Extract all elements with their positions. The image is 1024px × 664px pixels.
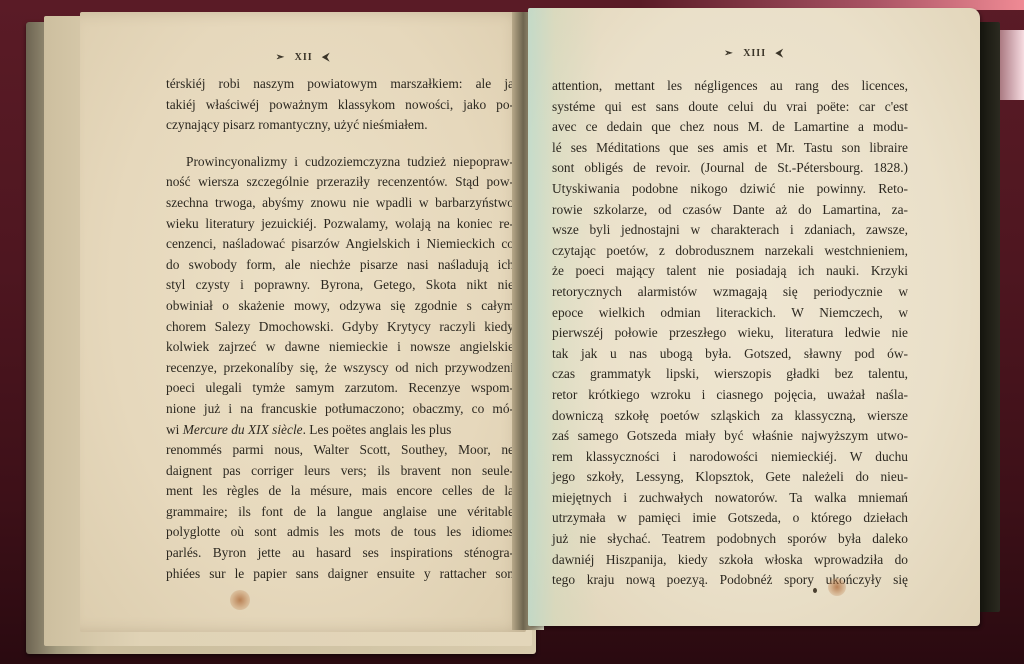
page-header-left: ➣ XII ⮜ <box>80 52 526 63</box>
text-line: systéme qui est sans doute celui du vrai… <box>552 97 908 118</box>
text-line: avec ce dedain que chez nous M. de Lamar… <box>552 117 908 138</box>
ornament-left-icon: ➣ <box>724 48 733 59</box>
text-line: tak jak u nas ubogą była. Gotszed, sławn… <box>552 344 908 365</box>
text-line: attention, mettant les négligences au ra… <box>552 76 908 97</box>
text-line: kolwiek zajrzeć w dawne niemieckie i now… <box>166 337 514 358</box>
text-line: wieku literatury jezuickiéj. Pozwalamy, … <box>166 214 514 235</box>
italic-title: Mercure du XIX siècle <box>183 422 303 437</box>
foxing-stain <box>828 578 846 596</box>
text-line: tego kraju nową poezyą. Podobnéż spory u… <box>552 570 908 591</box>
text-line: szechna trwoga, abyśmy znowu nie wpadli … <box>166 193 514 214</box>
text-line: Prowincyonalizmy i cudzoziemczyzna tudzi… <box>166 152 514 173</box>
text-line: recenzye, przekonalíby się, że wszyscy o… <box>166 358 514 379</box>
text-line: phiées sur le papier sans daigner ensuit… <box>166 564 514 585</box>
text-line: ment les règles de la mésure, mais encor… <box>166 481 514 502</box>
text-line: daignent pas corriger leurs vers; ils br… <box>166 461 514 482</box>
page-header-right: ➣ XIII ⮜ <box>528 48 980 59</box>
text-fragment: . Les poëtes anglais les plus <box>303 422 452 437</box>
text-line: nione już i na francuskie potłumaczono; … <box>166 399 514 420</box>
text-line: obwiniał o skażenie mowy, odzywa się zgo… <box>166 296 514 317</box>
text-line: poeci ulegali tymże samym zarzutom. Rece… <box>166 378 514 399</box>
text-line: downiczą szkołę poetów szląskich za klas… <box>552 406 908 427</box>
text-line: utrzymała w pamięci imie Gotszeda, o któ… <box>552 508 908 529</box>
text-line: rem klassyczności i narodowości niemieck… <box>552 447 908 468</box>
text-line: czytając poetów, z dobrodusznem narzekal… <box>552 241 908 262</box>
left-page: ➣ XII ⮜ térskiéj robi naszym powiatowym … <box>80 12 526 632</box>
right-page: ➣ XIII ⮜ attention, mettant les négligen… <box>528 8 980 626</box>
text-line: Utyskiwania podobne nikogo dziwić nie po… <box>552 179 908 200</box>
text-line: térskiéj robi naszym powiatowym marszałk… <box>166 74 514 95</box>
text-line: cenzenci, naśladować pisarzów Angielskic… <box>166 234 514 255</box>
ornament-right-icon: ⮜ <box>322 52 330 63</box>
text-line: polyglotte où sont admis les mots de tou… <box>166 522 514 543</box>
text-line: chorem Salezy Dmochowski. Gdyby Krytycy … <box>166 317 514 338</box>
text-line: dawniéj Hiszpanija, kiedy szkoła włoska … <box>552 550 908 571</box>
text-line: lé ses Méditations que ses amis et Mr. T… <box>552 138 908 159</box>
text-line: retor krótkiego wzroku i ciasnego pojęci… <box>552 385 908 406</box>
text-line: epoce wielkich odmian literackich. W Nie… <box>552 303 908 324</box>
text-line: grammaire; ils font de la langue anglais… <box>166 502 514 523</box>
right-page-text: attention, mettant les négligences au ra… <box>552 76 908 591</box>
text-line: miejętnych i zuchwałych nowatorów. Ta wa… <box>552 488 908 509</box>
text-line: retorycznych alarmistów wzmagają się per… <box>552 282 908 303</box>
text-line: rowie szkolarze, od czasów Dante aż do L… <box>552 200 908 221</box>
text-line: zaś samego Gotszeda miały być właśnie na… <box>552 426 908 447</box>
text-line: wsze byli jednostajni w charakterach i z… <box>552 220 908 241</box>
text-line: takiéj właściwéj poważnym klassykom nowo… <box>166 95 514 116</box>
text-line: pierwszéj połowie przeszłego wieku, lite… <box>552 323 908 344</box>
page-number: XIII <box>743 48 766 59</box>
text-line: jego szkoły, Lessyng, Klopsztok, Gete na… <box>552 467 908 488</box>
text-line: parlés. Byron jette au hasard ses inspir… <box>166 543 514 564</box>
left-page-text: térskiéj robi naszym powiatowym marszałk… <box>166 74 514 584</box>
text-line: ność wiersza szczególnie przeraziły rece… <box>166 172 514 193</box>
ornament-left-icon: ➣ <box>276 52 285 63</box>
text-line: styl czysty i poprawny. Byrona, Getego, … <box>166 275 514 296</box>
text-line: do swobody form, ale niechże pisarze nas… <box>166 255 514 276</box>
foxing-stain <box>230 590 250 610</box>
text-line: już nie słychać. Teatrem podobnych sporó… <box>552 529 908 550</box>
text-line: sont obligés de revoir. (Journal de St.-… <box>552 158 908 179</box>
text-line-mixed: wi Mercure du XIX siècle. Les poëtes ang… <box>166 420 514 441</box>
text-fragment: wi <box>166 422 179 437</box>
text-line: renommés parmi nous, Walter Scott, South… <box>166 440 514 461</box>
ornament-right-icon: ⮜ <box>776 48 784 59</box>
text-line: czas grammatyk lipski, wierszopis gładki… <box>552 364 908 385</box>
page-number: XII <box>295 52 313 63</box>
text-line: że poeci mający talent nie posiadają ich… <box>552 261 908 282</box>
text-line: czynający pisarz romantyczny, użyć nieśm… <box>166 115 514 136</box>
ink-speck <box>813 588 817 593</box>
